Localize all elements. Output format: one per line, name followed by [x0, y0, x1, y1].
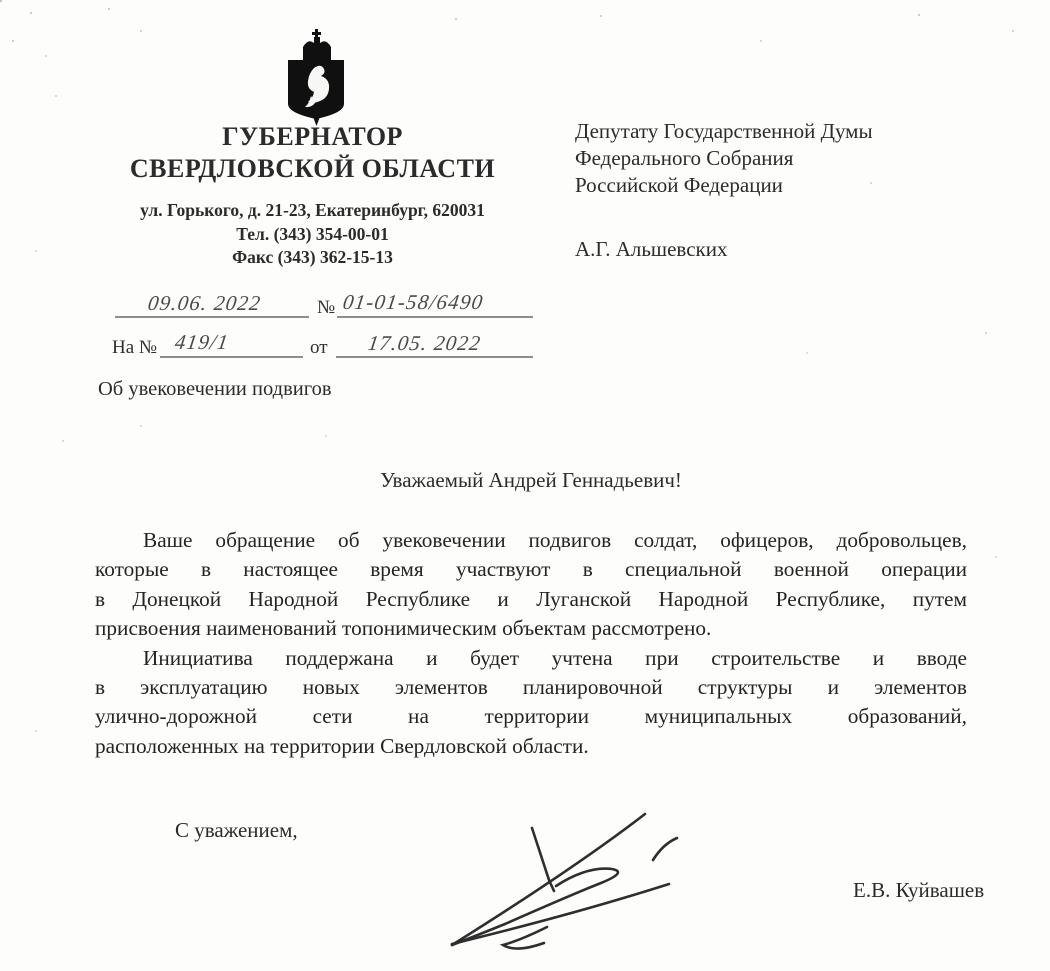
number-blank-line [337, 316, 533, 318]
salutation: Уважаемый Андрей Геннадьевич! [95, 468, 967, 493]
signature [425, 806, 765, 966]
body-line: присвоения наименований топонимическим о… [95, 614, 967, 643]
org-fax: Факс (343) 362-15-13 [95, 247, 530, 268]
body-line: Ваше обращение об увековечении подвигов … [95, 526, 967, 555]
scan-noise [0, 0, 2, 2]
letter-body: Ваше обращение об увековечении подвигов … [95, 526, 967, 761]
subject-line: Об увековечении подвигов [98, 378, 332, 401]
body-line: Инициатива поддержана и будет учтена при… [95, 644, 967, 673]
scanned-letter-page: ГУБЕРНАТОР СВЕРДЛОВСКОЙ ОБЛАСТИ ул. Горь… [0, 0, 1050, 971]
outgoing-number-handwritten: 01-01-58/6490 [341, 290, 485, 315]
outgoing-date-handwritten: 09.06. 2022 [146, 291, 262, 316]
org-name-line1: ГУБЕРНАТОР [95, 122, 530, 152]
valediction: С уважением, [175, 818, 298, 843]
body-line: в Донецкой Народной Республике и Луганск… [95, 585, 967, 614]
reply-date-blank-line [336, 356, 533, 358]
sverdlovsk-coat-of-arms-icon [281, 26, 351, 126]
body-line: улично-дорожной сети на территории муниц… [95, 702, 967, 731]
reply-date-label: от [310, 337, 328, 359]
reply-to-label: На № [112, 337, 157, 359]
reply-number-blank-line [160, 356, 303, 358]
recipient-line1: Депутату Государственной Думы [575, 118, 995, 145]
date-blank-line [115, 316, 309, 318]
body-line: расположенных на территории Свердловской… [95, 732, 967, 761]
body-line: которые в настоящее время участвуют в сп… [95, 555, 967, 584]
recipient-name: А.Г. Альшевских [575, 236, 995, 263]
org-name-line2: СВЕРДЛОВСКОЙ ОБЛАСТИ [95, 154, 530, 184]
body-line: в эксплуатацию новых элементов планирово… [95, 673, 967, 702]
recipient-line3: Российской Федерации [575, 172, 995, 199]
recipient-line2: Федерального Собрания [575, 145, 995, 172]
signer-name: Е.В. Куйвашев [853, 878, 984, 903]
reply-date-handwritten: 17.05. 2022 [366, 331, 482, 356]
org-address: ул. Горького, д. 21-23, Екатеринбург, 62… [95, 200, 530, 221]
number-label: № [317, 297, 335, 319]
reply-number-handwritten: 419/1 [173, 330, 230, 355]
recipient-block: Депутату Государственной Думы Федерально… [575, 118, 995, 263]
org-phone: Тел. (343) 354-00-01 [95, 224, 530, 245]
